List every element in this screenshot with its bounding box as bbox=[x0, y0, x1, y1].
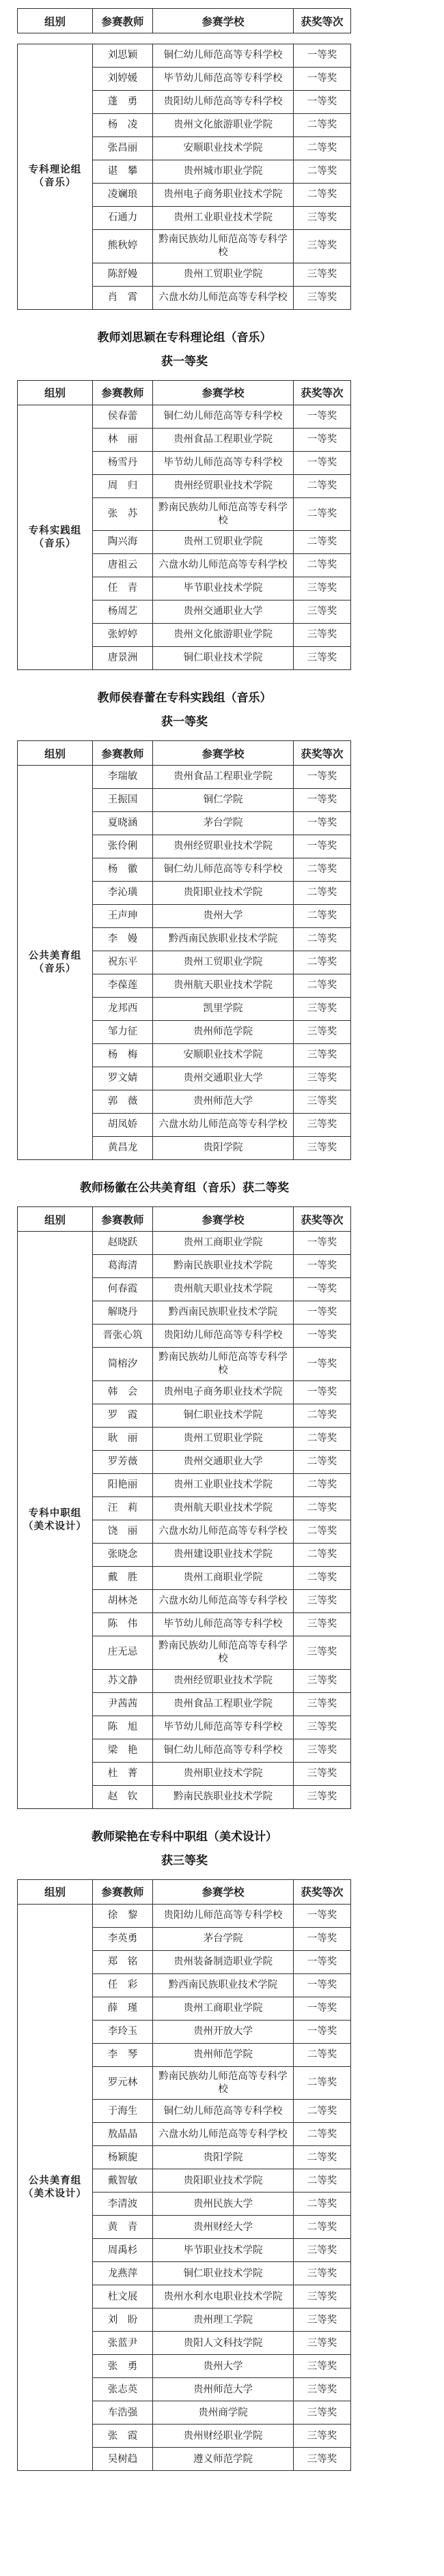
school-cell: 贵阳幼儿师范高等专科学校 bbox=[153, 91, 294, 114]
school-cell: 铜仁职业技术学院 bbox=[153, 2262, 294, 2285]
award-cell: 二等奖 bbox=[294, 905, 351, 928]
teacher-cell: 韩 会 bbox=[93, 1381, 153, 1404]
teacher-cell: 周 归 bbox=[93, 474, 153, 497]
school-cell: 贵州经贸职业技术学院 bbox=[153, 835, 294, 858]
teacher-cell: 张婷婷 bbox=[93, 624, 153, 647]
award-cell: 三等奖 bbox=[294, 1613, 351, 1636]
school-cell: 黔南民族幼儿师范高等专科学校 bbox=[153, 230, 294, 263]
table-2: 组别参赛教师参赛学校获奖等次专科实践组（音乐）侯春蕾铜仁幼儿师范高等专科学校一等… bbox=[17, 380, 351, 671]
award-cell: 三等奖 bbox=[294, 1762, 351, 1785]
teacher-cell: 杨 徽 bbox=[93, 858, 153, 882]
school-cell: 贵阳学院 bbox=[153, 1137, 294, 1160]
teacher-cell: 刘思颖 bbox=[93, 44, 153, 68]
group-label-line: 专科实践组 bbox=[29, 525, 82, 536]
school-cell: 贵州工贸职业学院 bbox=[153, 1428, 294, 1451]
caption-line: 获三等奖 bbox=[0, 1851, 369, 1868]
award-cell: 三等奖 bbox=[294, 2425, 351, 2448]
school-cell: 贵州职业技术学院 bbox=[153, 1762, 294, 1785]
group-cell: 公共美育组（音乐） bbox=[18, 766, 93, 1160]
award-cell: 二等奖 bbox=[294, 531, 351, 554]
caption-line: 教师杨徽在公共美育组（音乐）获二等奖 bbox=[0, 1178, 369, 1195]
school-cell: 毕节职业技术学院 bbox=[153, 577, 294, 600]
award-cell: 三等奖 bbox=[294, 1090, 351, 1114]
teacher-cell: 杜 菁 bbox=[93, 1762, 153, 1785]
teacher-cell: 车浩强 bbox=[93, 2401, 153, 2425]
award-cell: 三等奖 bbox=[294, 2309, 351, 2332]
teacher-cell: 胡凤娇 bbox=[93, 1114, 153, 1137]
table-row-highlighted: 专科实践组（音乐）侯春蕾铜仁幼儿师范高等专科学校一等奖 bbox=[18, 405, 351, 428]
teacher-cell: 祝东平 bbox=[93, 951, 153, 974]
teacher-cell: 杨周艺 bbox=[93, 600, 153, 624]
award-cell: 二等奖 bbox=[294, 2169, 351, 2193]
header-row: 组别参赛教师参赛学校获奖等次 bbox=[18, 9, 351, 33]
award-cell: 二等奖 bbox=[294, 974, 351, 998]
column-header-3: 参赛学校 bbox=[153, 380, 294, 405]
school-cell: 铜仁学院 bbox=[153, 789, 294, 812]
award-cell: 二等奖 bbox=[294, 137, 351, 160]
award-cell: 一等奖 bbox=[294, 1973, 351, 1997]
column-header-4: 获奖等次 bbox=[294, 1207, 351, 1232]
award-cell: 一等奖 bbox=[294, 1381, 351, 1404]
award-cell: 一等奖 bbox=[294, 789, 351, 812]
teacher-cell: 庄无忌 bbox=[93, 1636, 153, 1670]
school-cell: 遵义师范学院 bbox=[153, 2448, 294, 2471]
award-cell: 二等奖 bbox=[294, 1404, 351, 1428]
column-header-1: 组别 bbox=[18, 1207, 93, 1232]
teacher-cell: 罗文婧 bbox=[93, 1067, 153, 1090]
award-cell: 三等奖 bbox=[294, 1716, 351, 1739]
column-header-2: 参赛教师 bbox=[93, 1879, 153, 1904]
school-cell: 贵州航天职业技术学院 bbox=[153, 1278, 294, 1301]
school-cell: 六盘水幼儿师范高等专科学校 bbox=[153, 1114, 294, 1137]
award-cell: 二等奖 bbox=[294, 858, 351, 882]
award-cell: 三等奖 bbox=[294, 2378, 351, 2401]
award-cell: 二等奖 bbox=[294, 2100, 351, 2123]
school-cell: 六盘水幼儿师范高等专科学校 bbox=[153, 554, 294, 577]
school-cell: 凯里学院 bbox=[153, 998, 294, 1021]
school-cell: 贵阳职业技术学院 bbox=[153, 2169, 294, 2193]
teacher-cell: 赵晓跃 bbox=[93, 1232, 153, 1255]
teacher-cell: 何春霞 bbox=[93, 1278, 153, 1301]
teacher-cell: 任 青 bbox=[93, 577, 153, 600]
school-cell: 贵州工商职业学院 bbox=[153, 1567, 294, 1590]
group-label-line: 专科理论组 bbox=[29, 164, 82, 175]
school-cell: 铜仁幼儿师范高等专科学校 bbox=[153, 858, 294, 882]
teacher-cell: 熊秋婷 bbox=[93, 230, 153, 263]
award-cell: 一等奖 bbox=[294, 405, 351, 428]
teacher-cell: 尹茜茜 bbox=[93, 1692, 153, 1716]
school-cell: 黔南民族职业技术学院 bbox=[153, 1255, 294, 1278]
award-cell: 三等奖 bbox=[294, 647, 351, 670]
award-cell: 二等奖 bbox=[294, 1451, 351, 1474]
teacher-cell: 陶兴海 bbox=[93, 531, 153, 554]
school-cell: 铜仁幼儿师范高等专科学校 bbox=[153, 1739, 294, 1762]
award-cell: 三等奖 bbox=[294, 2262, 351, 2285]
group-cell: 专科中职组（美术设计） bbox=[18, 1232, 93, 1808]
school-cell: 贵州师范学院 bbox=[153, 2043, 294, 2066]
award-cell: 二等奖 bbox=[294, 184, 351, 207]
teacher-cell: 李清波 bbox=[93, 2193, 153, 2216]
school-cell: 安顺职业技术学院 bbox=[153, 1044, 294, 1067]
school-cell: 贵阳职业技术学院 bbox=[153, 882, 294, 905]
award-cell: 一等奖 bbox=[294, 1278, 351, 1301]
school-cell: 六盘水幼儿师范高等专科学校 bbox=[153, 2123, 294, 2146]
award-cell: 三等奖 bbox=[294, 1067, 351, 1090]
school-cell: 毕节幼儿师范高等专科学校 bbox=[153, 1716, 294, 1739]
award-cell: 一等奖 bbox=[294, 1301, 351, 1325]
award-cell: 三等奖 bbox=[294, 1114, 351, 1137]
table-4: 组别参赛教师参赛学校获奖等次专科中职组（美术设计）赵晓跃贵州工商职业学院一等奖葛… bbox=[17, 1206, 351, 1808]
caption-line: 教师梁艳在专科中职组（美术设计） bbox=[0, 1827, 369, 1844]
school-cell: 贵州工商职业学院 bbox=[153, 1232, 294, 1255]
teacher-cell: 石通力 bbox=[93, 207, 153, 230]
section-caption: 教师杨徽在公共美育组（音乐）获二等奖 bbox=[0, 1178, 369, 1195]
award-cell: 一等奖 bbox=[294, 1927, 351, 1950]
teacher-cell: 李瑞敏 bbox=[93, 766, 153, 789]
award-cell: 三等奖 bbox=[294, 1669, 351, 1692]
teacher-cell: 吴树趋 bbox=[93, 2448, 153, 2471]
group-cell: 专科实践组（音乐） bbox=[18, 405, 93, 670]
school-cell: 茅台学院 bbox=[153, 1927, 294, 1950]
award-cell: 三等奖 bbox=[294, 998, 351, 1021]
school-cell: 铜仁职业技术学院 bbox=[153, 1404, 294, 1428]
school-cell: 贵州商学院 bbox=[153, 2401, 294, 2425]
teacher-cell: 杜文展 bbox=[93, 2285, 153, 2309]
teacher-cell: 梁 艳 bbox=[93, 1739, 153, 1762]
column-header-2: 参赛教师 bbox=[93, 1207, 153, 1232]
award-cell: 一等奖 bbox=[294, 451, 351, 474]
group-label-line: （美术设计） bbox=[23, 2188, 87, 2199]
teacher-cell: 张昌丽 bbox=[93, 137, 153, 160]
award-cell: 三等奖 bbox=[294, 577, 351, 600]
school-cell: 贵州水利水电职业技术学院 bbox=[153, 2285, 294, 2309]
section-caption: 教师刘思颖在专科理论组（音乐）获一等奖 bbox=[0, 328, 369, 368]
school-cell: 贵州大学 bbox=[153, 2355, 294, 2378]
school-cell: 贵州交通职业大学 bbox=[153, 1067, 294, 1090]
school-cell: 贵阳幼儿师范高等专科学校 bbox=[153, 1325, 294, 1348]
award-cell: 二等奖 bbox=[294, 2043, 351, 2066]
teacher-cell: 任 彩 bbox=[93, 1973, 153, 1997]
teacher-cell: 葛海清 bbox=[93, 1255, 153, 1278]
school-cell: 贵阳学院 bbox=[153, 2146, 294, 2169]
teacher-cell: 阳艳丽 bbox=[93, 1474, 153, 1497]
teacher-cell: 张志英 bbox=[93, 2378, 153, 2401]
group-label-line: （音乐） bbox=[34, 177, 77, 188]
award-cell: 三等奖 bbox=[294, 2355, 351, 2378]
column-header-2: 参赛教师 bbox=[93, 741, 153, 766]
award-cell: 三等奖 bbox=[294, 263, 351, 286]
group-label-line: 公共美育组 bbox=[29, 951, 82, 961]
teacher-cell: 杨雪丹 bbox=[93, 451, 153, 474]
school-cell: 六盘水幼儿师范高等专科学校 bbox=[153, 1520, 294, 1544]
school-cell: 铜仁职业技术学院 bbox=[153, 647, 294, 670]
school-cell: 黔南民族职业技术学院 bbox=[153, 1785, 294, 1808]
teacher-cell: 薛 瑾 bbox=[93, 1997, 153, 2020]
caption-line: 获一等奖 bbox=[0, 351, 369, 368]
school-cell: 黔西南民族职业技术学院 bbox=[153, 1973, 294, 1997]
teacher-cell: 张 苏 bbox=[93, 497, 153, 531]
school-cell: 贵州工业职业技术学院 bbox=[153, 207, 294, 230]
school-cell: 六盘水幼儿师范高等专科学校 bbox=[153, 1590, 294, 1613]
school-cell: 铜仁幼儿师范高等专科学校 bbox=[153, 44, 294, 68]
column-header-3: 参赛学校 bbox=[153, 1879, 294, 1904]
award-cell: 三等奖 bbox=[294, 286, 351, 309]
school-cell: 贵州财经职业学院 bbox=[153, 2425, 294, 2448]
school-cell: 贵州经贸职业技术学院 bbox=[153, 474, 294, 497]
group-label-line: （音乐） bbox=[34, 964, 77, 974]
column-header-1: 组别 bbox=[18, 380, 93, 405]
award-cell: 二等奖 bbox=[294, 2193, 351, 2216]
school-cell: 黔西南民族职业技术学院 bbox=[153, 1301, 294, 1325]
teacher-cell: 郑 铭 bbox=[93, 1950, 153, 1973]
award-cell: 三等奖 bbox=[294, 1739, 351, 1762]
award-cell: 二等奖 bbox=[294, 1520, 351, 1544]
teacher-cell: 罗 霞 bbox=[93, 1404, 153, 1428]
teacher-cell: 张晓念 bbox=[93, 1544, 153, 1567]
teacher-cell: 李玲玉 bbox=[93, 2020, 153, 2043]
school-cell: 贵阳幼儿师范高等专科学校 bbox=[153, 1904, 294, 1927]
award-cell: 一等奖 bbox=[294, 68, 351, 91]
award-cell: 一等奖 bbox=[294, 1232, 351, 1255]
teacher-cell: 夏晓涵 bbox=[93, 812, 153, 835]
school-cell: 贵州食品工程职业学院 bbox=[153, 766, 294, 789]
school-cell: 黔西南民族职业技术学院 bbox=[153, 928, 294, 951]
school-cell: 六盘水幼儿师范高等专科学校 bbox=[153, 286, 294, 309]
award-cell: 三等奖 bbox=[294, 2285, 351, 2309]
teacher-cell: 陈 旭 bbox=[93, 1716, 153, 1739]
column-header-4: 获奖等次 bbox=[294, 9, 351, 33]
award-cell: 一等奖 bbox=[294, 91, 351, 114]
column-header-1: 组别 bbox=[18, 1879, 93, 1904]
award-cell: 三等奖 bbox=[294, 1021, 351, 1044]
school-cell: 贵州工商职业学院 bbox=[153, 1997, 294, 2020]
award-cell: 一等奖 bbox=[294, 835, 351, 858]
table-row-highlighted: 专科理论组（音乐）刘思颖铜仁幼儿师范高等专科学校一等奖 bbox=[18, 44, 351, 68]
award-cell: 三等奖 bbox=[294, 207, 351, 230]
column-header-1: 组别 bbox=[18, 9, 93, 33]
school-cell: 铜仁幼儿师范高等专科学校 bbox=[153, 2100, 294, 2123]
teacher-cell: 苏文静 bbox=[93, 1669, 153, 1692]
award-cell: 一等奖 bbox=[294, 44, 351, 68]
award-cell: 三等奖 bbox=[294, 600, 351, 624]
award-cell: 二等奖 bbox=[294, 1567, 351, 1590]
column-header-2: 参赛教师 bbox=[93, 9, 153, 33]
teacher-cell: 赵 钦 bbox=[93, 1785, 153, 1808]
teacher-cell: 郭 薇 bbox=[93, 1090, 153, 1114]
teacher-cell: 张 霞 bbox=[93, 2425, 153, 2448]
teacher-cell: 晋张心筑 bbox=[93, 1325, 153, 1348]
header-row: 组别参赛教师参赛学校获奖等次 bbox=[18, 380, 351, 405]
school-cell: 贵州工贸职业学院 bbox=[153, 951, 294, 974]
award-cell: 二等奖 bbox=[294, 2066, 351, 2100]
school-cell: 铜仁幼儿师范高等专科学校 bbox=[153, 405, 294, 428]
header-row: 组别参赛教师参赛学校获奖等次 bbox=[18, 1879, 351, 1904]
award-cell: 三等奖 bbox=[294, 1590, 351, 1613]
award-cell: 一等奖 bbox=[294, 1997, 351, 2020]
award-cell: 二等奖 bbox=[294, 1497, 351, 1520]
teacher-cell: 蓬 勇 bbox=[93, 91, 153, 114]
school-cell: 毕节幼儿师范高等专科学校 bbox=[153, 68, 294, 91]
school-cell: 贵阳人文科技学院 bbox=[153, 2332, 294, 2355]
school-cell: 贵州文化旅游职业学院 bbox=[153, 114, 294, 137]
school-cell: 贵州工贸职业学院 bbox=[153, 531, 294, 554]
award-cell: 三等奖 bbox=[294, 1785, 351, 1808]
teacher-cell: 林 丽 bbox=[93, 428, 153, 451]
school-cell: 黔南民族幼儿师范高等专科学校 bbox=[153, 1348, 294, 1381]
teacher-cell: 简榕汐 bbox=[93, 1348, 153, 1381]
table-1-header: 组别参赛教师参赛学校获奖等次 bbox=[17, 8, 351, 33]
table-1: 专科理论组（音乐）刘思颖铜仁幼儿师范高等专科学校一等奖刘婷媛毕节幼儿师范高等专科… bbox=[17, 44, 351, 310]
teacher-cell: 黄 青 bbox=[93, 2216, 153, 2239]
column-header-2: 参赛教师 bbox=[93, 380, 153, 405]
teacher-cell: 唐景洲 bbox=[93, 647, 153, 670]
table-row: 公共美育组（美术设计）徐 黎贵阳幼儿师范高等专科学校一等奖 bbox=[18, 1904, 351, 1927]
teacher-cell: 李英勇 bbox=[93, 1927, 153, 1950]
teacher-cell: 黄昌龙 bbox=[93, 1137, 153, 1160]
school-cell: 黔南民族幼儿师范高等专科学校 bbox=[153, 497, 294, 531]
teacher-cell: 唐祖云 bbox=[93, 554, 153, 577]
award-cell: 一等奖 bbox=[294, 1348, 351, 1381]
school-cell: 贵州经贸职业技术学院 bbox=[153, 1669, 294, 1692]
teacher-cell: 刘 盼 bbox=[93, 2309, 153, 2332]
award-cell: 二等奖 bbox=[294, 554, 351, 577]
column-header-4: 获奖等次 bbox=[294, 741, 351, 766]
award-cell: 一等奖 bbox=[294, 1255, 351, 1278]
award-cell: 二等奖 bbox=[294, 160, 351, 184]
teacher-cell: 戴 胜 bbox=[93, 1567, 153, 1590]
award-cell: 一等奖 bbox=[294, 1325, 351, 1348]
school-cell: 黔南民族幼儿师范高等专科学校 bbox=[153, 2066, 294, 2100]
teacher-cell: 杨颖旎 bbox=[93, 2146, 153, 2169]
teacher-cell: 李 琴 bbox=[93, 2043, 153, 2066]
teacher-cell: 龙燕萍 bbox=[93, 2262, 153, 2285]
award-cell: 二等奖 bbox=[294, 2123, 351, 2146]
school-cell: 毕节幼儿师范高等专科学校 bbox=[153, 451, 294, 474]
school-cell: 毕节职业技术学院 bbox=[153, 2239, 294, 2262]
award-cell: 二等奖 bbox=[294, 1474, 351, 1497]
teacher-cell: 凌斓琅 bbox=[93, 184, 153, 207]
teacher-cell: 谌 攀 bbox=[93, 160, 153, 184]
table-5: 组别参赛教师参赛学校获奖等次公共美育组（美术设计）徐 黎贵阳幼儿师范高等专科学校… bbox=[17, 1879, 351, 2472]
section-caption: 教师梁艳在专科中职组（美术设计）获三等奖 bbox=[0, 1827, 369, 1868]
column-header-3: 参赛学校 bbox=[153, 9, 294, 33]
school-cell: 贵州师范大学 bbox=[153, 1090, 294, 1114]
school-cell: 贵州民族大学 bbox=[153, 2193, 294, 2216]
award-cell: 二等奖 bbox=[294, 2146, 351, 2169]
teacher-cell: 李葆莲 bbox=[93, 974, 153, 998]
award-cell: 二等奖 bbox=[294, 114, 351, 137]
award-cell: 三等奖 bbox=[294, 1636, 351, 1670]
teacher-cell: 戴智敏 bbox=[93, 2169, 153, 2193]
teacher-cell: 邹力征 bbox=[93, 1021, 153, 1044]
award-cell: 二等奖 bbox=[294, 928, 351, 951]
school-cell: 贵州理工学院 bbox=[153, 2309, 294, 2332]
school-cell: 贵州航天职业技术学院 bbox=[153, 974, 294, 998]
group-cell: 公共美育组（美术设计） bbox=[18, 1904, 93, 2471]
teacher-cell: 杨 凌 bbox=[93, 114, 153, 137]
teacher-cell: 王振国 bbox=[93, 789, 153, 812]
caption-line: 教师侯春蕾在专科实践组（音乐） bbox=[0, 688, 369, 705]
award-cell: 一等奖 bbox=[294, 1904, 351, 1927]
school-cell: 贵州开放大学 bbox=[153, 2020, 294, 2043]
school-cell: 茅台学院 bbox=[153, 812, 294, 835]
teacher-cell: 张伶俐 bbox=[93, 835, 153, 858]
group-cell: 专科理论组（音乐） bbox=[18, 44, 93, 310]
column-header-3: 参赛学校 bbox=[153, 741, 294, 766]
teacher-cell: 周禹杉 bbox=[93, 2239, 153, 2262]
school-cell: 黔南民族幼儿师范高等专科学校 bbox=[153, 1636, 294, 1670]
teacher-cell: 肖 霄 bbox=[93, 286, 153, 309]
teacher-cell: 敖晶晶 bbox=[93, 2123, 153, 2146]
teacher-cell: 耿 丽 bbox=[93, 1428, 153, 1451]
teacher-cell: 胡林尧 bbox=[93, 1590, 153, 1613]
school-cell: 贵州电子商务职业技术学院 bbox=[153, 1381, 294, 1404]
column-header-4: 获奖等次 bbox=[294, 380, 351, 405]
school-cell: 贵州师范大学 bbox=[153, 2378, 294, 2401]
teacher-cell: 饶 丽 bbox=[93, 1520, 153, 1544]
teacher-cell: 张 勇 bbox=[93, 2355, 153, 2378]
award-cell: 一等奖 bbox=[294, 428, 351, 451]
school-cell: 毕节幼儿师范高等专科学校 bbox=[153, 1613, 294, 1636]
award-cell: 三等奖 bbox=[294, 2332, 351, 2355]
award-cell: 三等奖 bbox=[294, 2239, 351, 2262]
group-label-line: 专科中职组 bbox=[29, 1508, 82, 1519]
award-tables-container: 组别参赛教师参赛学校获奖等次专科理论组（音乐）刘思颖铜仁幼儿师范高等专科学校一等… bbox=[0, 8, 444, 2471]
award-cell: 三等奖 bbox=[294, 1692, 351, 1716]
teacher-cell: 陈 伟 bbox=[93, 1613, 153, 1636]
school-cell: 贵州城市职业学院 bbox=[153, 160, 294, 184]
school-cell: 贵州装备制造职业学院 bbox=[153, 1950, 294, 1973]
group-label-line: 公共美育组 bbox=[29, 2175, 82, 2186]
caption-line: 获一等奖 bbox=[0, 712, 369, 729]
school-cell: 贵州交通职业大学 bbox=[153, 600, 294, 624]
award-cell: 二等奖 bbox=[294, 497, 351, 531]
award-cell: 三等奖 bbox=[294, 1137, 351, 1160]
teacher-cell: 张蓝尹 bbox=[93, 2332, 153, 2355]
teacher-cell: 汪 莉 bbox=[93, 1497, 153, 1520]
school-cell: 贵州师范学院 bbox=[153, 1021, 294, 1044]
award-cell: 二等奖 bbox=[294, 1428, 351, 1451]
award-cell: 二等奖 bbox=[294, 1544, 351, 1567]
school-cell: 贵州建设职业技术学院 bbox=[153, 1544, 294, 1567]
school-cell: 安顺职业技术学院 bbox=[153, 137, 294, 160]
school-cell: 贵州食品工程职业学院 bbox=[153, 428, 294, 451]
teacher-cell: 解晓丹 bbox=[93, 1301, 153, 1325]
award-cell: 一等奖 bbox=[294, 2020, 351, 2043]
table-row: 公共美育组（音乐）李瑞敏贵州食品工程职业学院一等奖 bbox=[18, 766, 351, 789]
school-cell: 贵州电子商务职业技术学院 bbox=[153, 184, 294, 207]
table-row: 专科中职组（美术设计）赵晓跃贵州工商职业学院一等奖 bbox=[18, 1232, 351, 1255]
school-cell: 贵州食品工程职业学院 bbox=[153, 1692, 294, 1716]
teacher-cell: 李 嫚 bbox=[93, 928, 153, 951]
award-cell: 三等奖 bbox=[294, 1044, 351, 1067]
column-header-1: 组别 bbox=[18, 741, 93, 766]
award-cell: 二等奖 bbox=[294, 882, 351, 905]
table-3: 组别参赛教师参赛学校获奖等次公共美育组（音乐）李瑞敏贵州食品工程职业学院一等奖王… bbox=[17, 740, 351, 1160]
teacher-cell: 罗元林 bbox=[93, 2066, 153, 2100]
award-cell: 三等奖 bbox=[294, 2401, 351, 2425]
school-cell: 贵州工贸职业学院 bbox=[153, 263, 294, 286]
teacher-cell: 侯春蕾 bbox=[93, 405, 153, 428]
teacher-cell: 杨 梅 bbox=[93, 1044, 153, 1067]
teacher-cell: 龙邦西 bbox=[93, 998, 153, 1021]
teacher-cell: 罗芳薇 bbox=[93, 1451, 153, 1474]
teacher-cell: 李沁璜 bbox=[93, 882, 153, 905]
award-cell: 一等奖 bbox=[294, 812, 351, 835]
school-cell: 贵州交通职业大学 bbox=[153, 1451, 294, 1474]
section-caption: 教师侯春蕾在专科实践组（音乐）获一等奖 bbox=[0, 688, 369, 729]
caption-line: 教师刘思颖在专科理论组（音乐） bbox=[0, 328, 369, 345]
